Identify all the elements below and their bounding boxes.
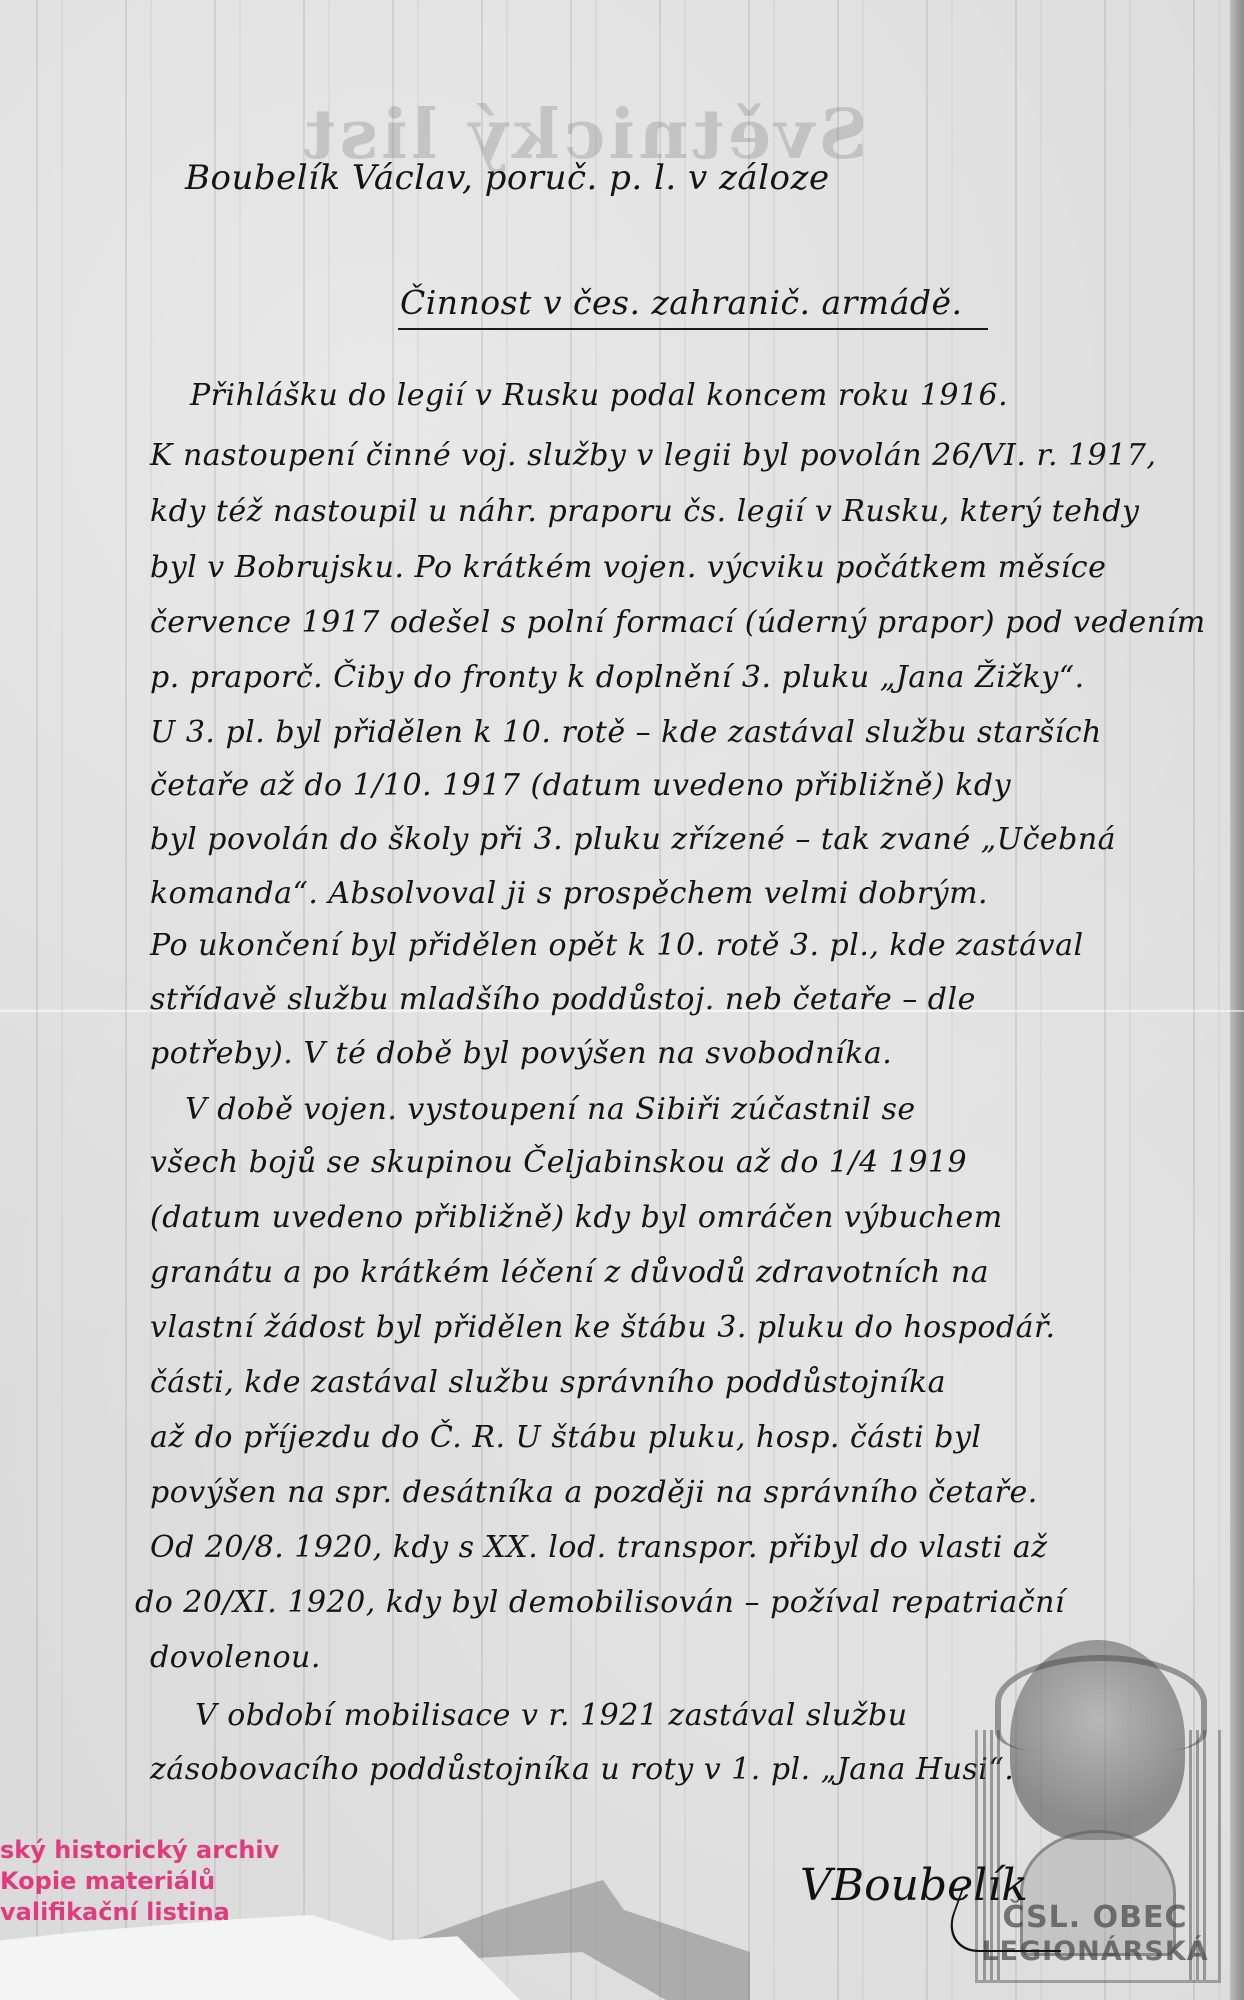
body-line: Od 20/8. 1920, kdy s XX. lod. transpor. … bbox=[150, 1530, 1048, 1565]
archive-stamp-line: valifikační listina bbox=[0, 1897, 279, 1928]
person-header: Boubelík Václav, poruč. p. l. v záloze bbox=[185, 158, 830, 198]
document-title: Činnost v čes. zahranič. armádě. bbox=[400, 283, 963, 322]
body-line: července 1917 odešel s polní formací (úd… bbox=[150, 605, 1206, 640]
body-line: K nastoupení činné voj. služby v legii b… bbox=[150, 438, 1156, 473]
body-line: byl v Bobrujsku. Po krátkém vojen. výcvi… bbox=[150, 550, 1106, 585]
body-line: povýšen na spr. desátníka a později na s… bbox=[150, 1475, 1038, 1510]
body-line: Po ukončení byl přidělen opět k 10. rotě… bbox=[150, 928, 1084, 963]
body-line: vlastní žádost byl přidělen ke štábu 3. … bbox=[150, 1310, 1056, 1345]
body-line: až do příjezdu do Č. R. U štábu pluku, h… bbox=[150, 1420, 982, 1455]
body-line: potřeby). V té době byl povýšen na svobo… bbox=[150, 1036, 892, 1071]
body-line: U 3. pl. byl přidělen k 10. rotě – kde z… bbox=[150, 715, 1102, 750]
body-line: p. praporč. Čiby do fronty k doplnění 3.… bbox=[150, 660, 1085, 695]
body-line: střídavě službu mladšího poddůstoj. neb … bbox=[150, 982, 976, 1017]
body-line: V období mobilisace v r. 1921 zastával s… bbox=[195, 1698, 908, 1733]
archive-stamp-line: ský historický archiv bbox=[0, 1835, 279, 1866]
body-line: dovolenou. bbox=[150, 1640, 321, 1675]
body-line: Přihlášku do legií v Rusku podal koncem … bbox=[190, 378, 1008, 413]
helmet-icon bbox=[995, 1655, 1207, 1751]
body-line: byl povolán do školy při 3. pluku zřízen… bbox=[150, 822, 1116, 857]
body-line: všech bojů se skupinou Čeljabinskou až d… bbox=[150, 1145, 967, 1180]
page-edge-shadow bbox=[1230, 0, 1244, 2000]
body-line: granátu a po krátkém léčení z důvodů zdr… bbox=[150, 1255, 989, 1290]
archive-stamp-line: Kopie materiálů bbox=[0, 1866, 279, 1897]
body-line: části, kde zastával službu správního pod… bbox=[150, 1365, 946, 1400]
body-line: (datum uvedeno přibližně) kdy byl omráče… bbox=[150, 1200, 1003, 1235]
body-line: četaře až do 1/10. 1917 (datum uvedeno p… bbox=[150, 768, 1011, 803]
signature-flourish bbox=[939, 1890, 1084, 1952]
body-line: do 20/XI. 1920, kdy byl demobilisován – … bbox=[135, 1585, 1065, 1620]
body-line: kdy též nastoupil u náhr. praporu čs. le… bbox=[150, 494, 1139, 529]
body-line: zásobovacího poddůstojníka u roty v 1. p… bbox=[150, 1752, 1014, 1787]
archive-stamp: ský historický archiv Kopie materiálů va… bbox=[0, 1835, 279, 1928]
title-underline bbox=[398, 328, 988, 330]
body-line: V době vojen. vystoupení na Sibiři zúčas… bbox=[185, 1092, 916, 1127]
body-line: komanda“. Absolvoval ji s prospěchem vel… bbox=[150, 876, 988, 911]
